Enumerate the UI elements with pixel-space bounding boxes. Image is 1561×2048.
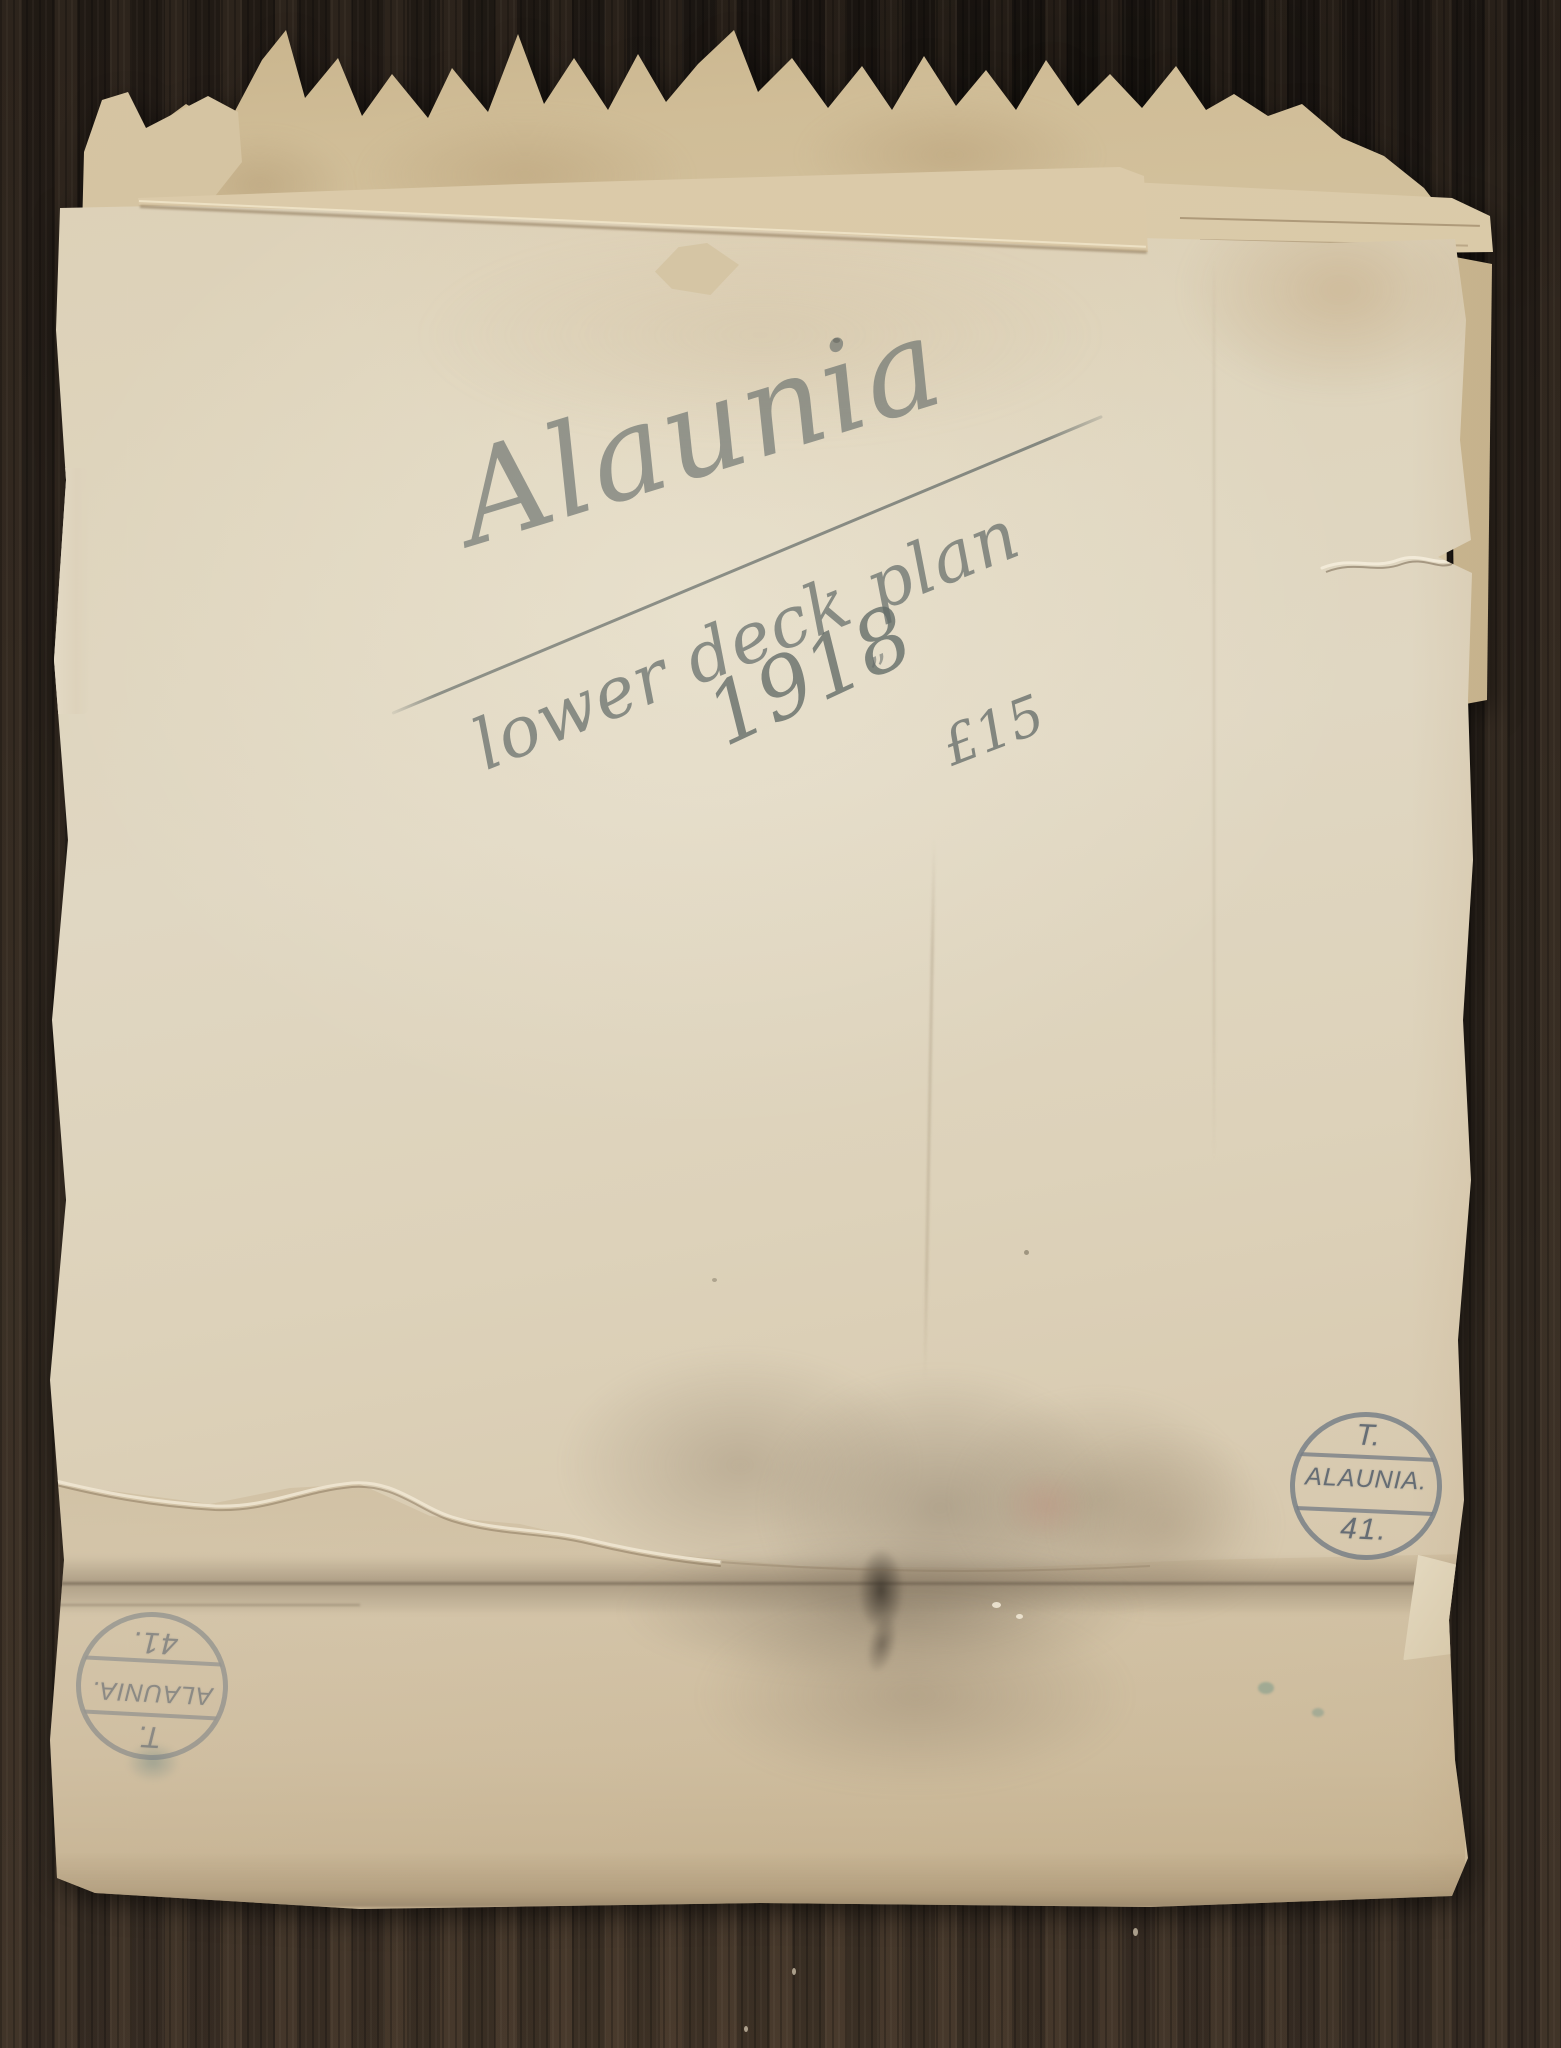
cover-wrapper-sheet: Alaunia lower deck plan 1918 ” £15 T. AL…	[0, 0, 1561, 2048]
stamp-inner: T. ALAUNIA. 41.	[75, 1611, 228, 1760]
vertical-crease	[1213, 260, 1215, 1160]
photo-scene: Alaunia lower deck plan 1918 ” £15 T. AL…	[0, 0, 1561, 2048]
paper-stack: Alaunia lower deck plan 1918 ” £15 T. AL…	[0, 0, 1561, 2048]
stamp-inner: T. ALAUNIA. 41.	[1290, 1412, 1442, 1560]
bottom-edge-shadow	[50, 1853, 1471, 1907]
fold-crease-line	[60, 1604, 360, 1606]
dirt-speck	[1024, 1250, 1029, 1255]
stamp-text-middle: ALAUNIA.	[1293, 1462, 1440, 1497]
paper-fleck	[992, 1602, 1001, 1608]
water-stain	[700, 1600, 1130, 1790]
stamp-text-bottom: 41.	[1290, 1510, 1437, 1550]
dust-speck	[1133, 1928, 1138, 1936]
dust-speck	[792, 1968, 796, 1975]
paper-fleck	[1016, 1614, 1023, 1619]
dust-speck	[744, 2026, 748, 2032]
dirt-speck	[712, 1278, 717, 1282]
stamp-text-middle: ALAUNIA.	[78, 1674, 225, 1711]
left-edge-peel	[44, 468, 90, 714]
stamp-text-top: T.	[76, 1715, 224, 1757]
teal-stain	[1258, 1682, 1274, 1694]
teal-stain	[1312, 1708, 1324, 1717]
pink-smudge	[1000, 1470, 1090, 1540]
archive-stamp-right: T. ALAUNIA. 41.	[1287, 1409, 1445, 1563]
archive-stamp-left-inverted: T. ALAUNIA. 41.	[72, 1608, 232, 1764]
stamp-text-top: T.	[1295, 1416, 1442, 1456]
